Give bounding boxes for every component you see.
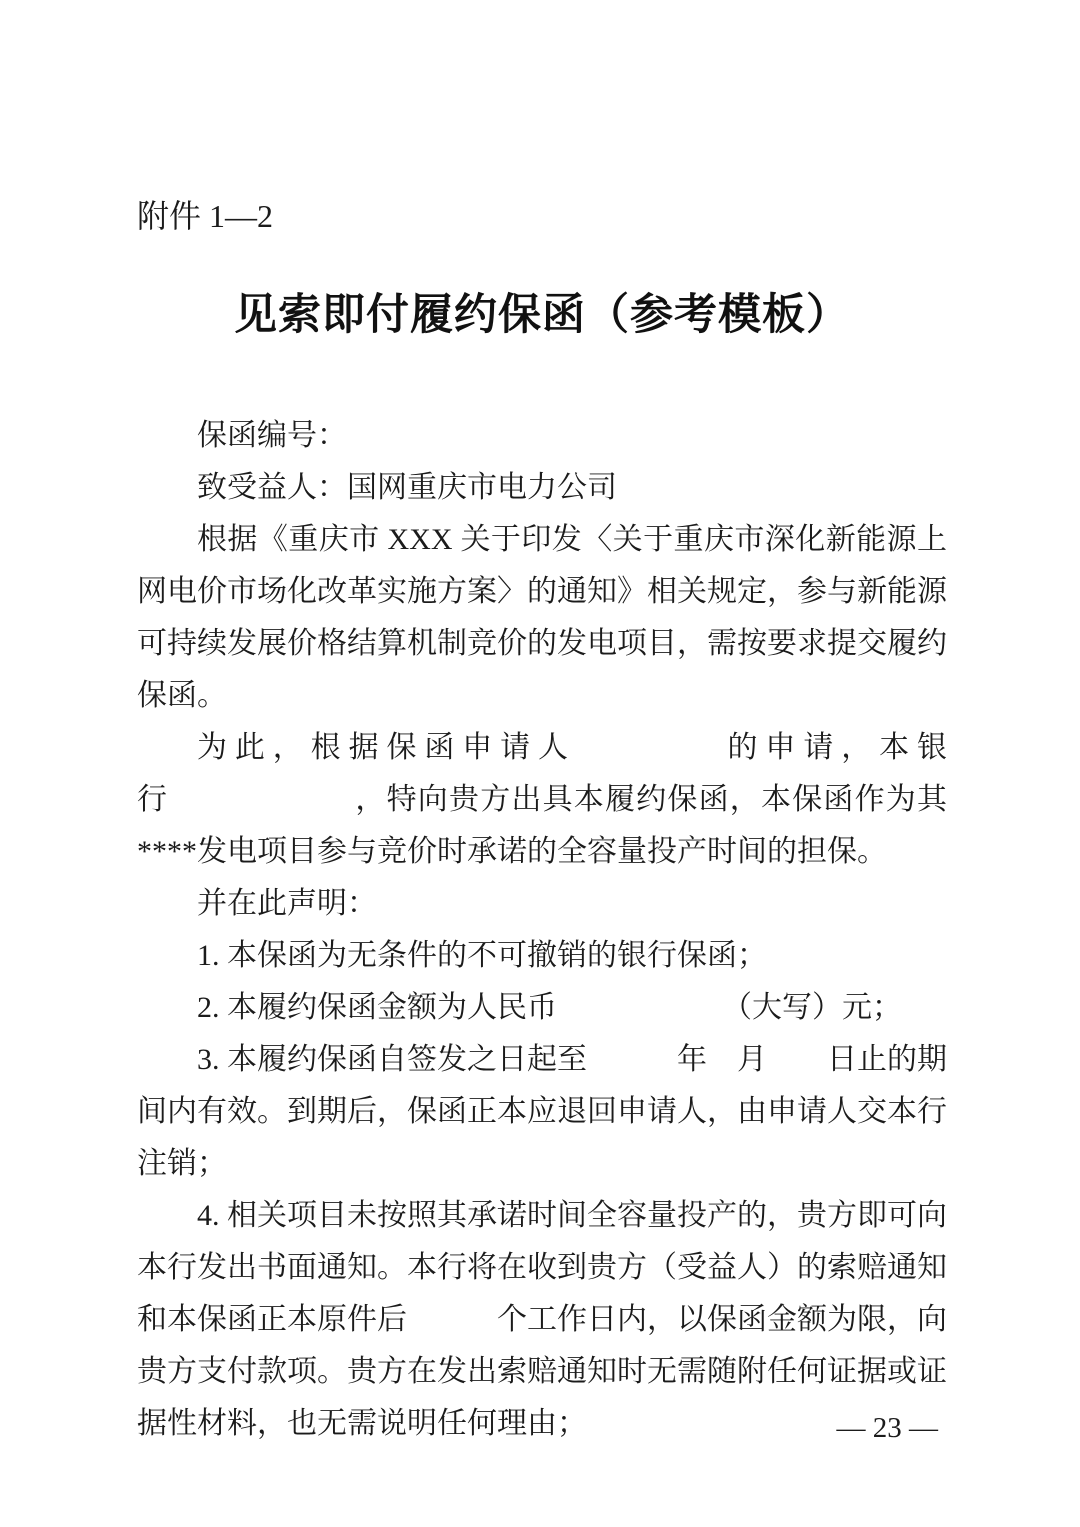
paragraph: 致受益人：国网重庆市电力公司 <box>137 462 947 514</box>
document-page: 附件 1—2 见索即付履约保函（参考模板） 保函编号：致受益人：国网重庆市电力公… <box>0 0 1080 1527</box>
paragraph: 根据《重庆市 XXX 关于印发〈关于重庆市深化新能源上网电价市场化改革实施方案〉… <box>137 514 947 722</box>
page-title: 见索即付履约保函（参考模板） <box>137 290 947 340</box>
paragraph: 为此，根据保函申请人 的申请，本银行 ，特向贵方出具本履约保函，本保函作为其**… <box>137 722 947 878</box>
attachment-label: 附件 1—2 <box>137 196 947 236</box>
document-body: 保函编号：致受益人：国网重庆市电力公司根据《重庆市 XXX 关于印发〈关于重庆市… <box>137 410 947 1450</box>
paragraph: 4. 相关项目未按照其承诺时间全容量投产的，贵方即可向本行发出书面通知。本行将在… <box>137 1190 947 1450</box>
paragraph: 1. 本保函为无条件的不可撤销的银行保函； <box>137 930 947 982</box>
paragraph: 并在此声明： <box>137 878 947 930</box>
paragraph: 2. 本履约保函金额为人民币 （大写）元； <box>137 982 947 1034</box>
page-number: — 23 — <box>837 1410 939 1446</box>
paragraph: 3. 本履约保函自签发之日起至 年 月 日止的期间内有效。到期后，保函正本应退回… <box>137 1034 947 1190</box>
paragraph: 保函编号： <box>137 410 947 462</box>
